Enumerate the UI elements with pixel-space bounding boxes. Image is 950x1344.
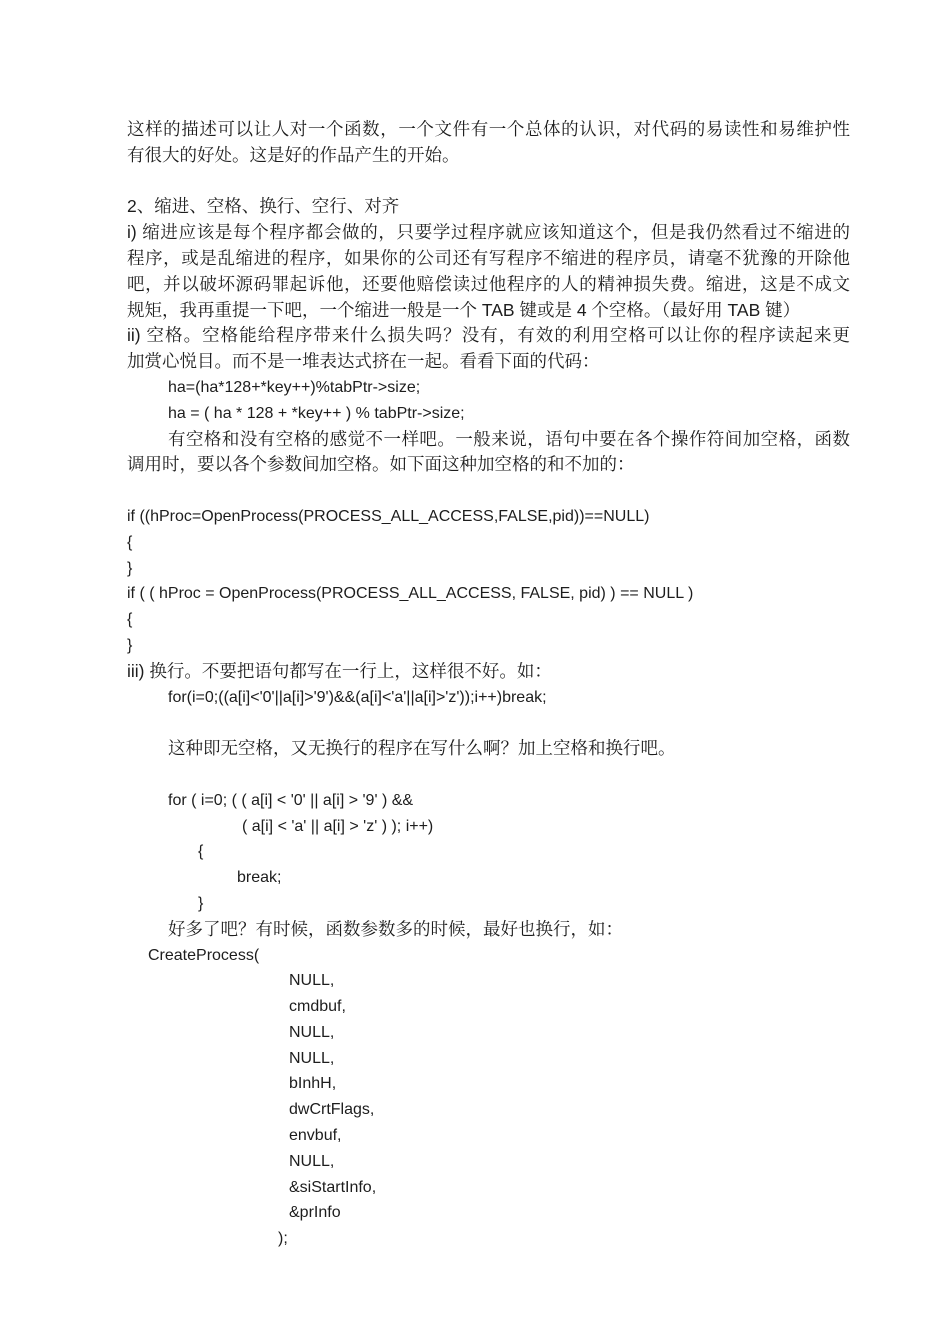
code-line: } <box>127 891 850 917</box>
text-line: 这种即无空格，又无换行的程序在写什么啊？加上空格和换行吧。 <box>127 736 850 762</box>
code-line: } <box>127 633 850 659</box>
code-line: bInhH, <box>127 1071 850 1097</box>
code-line: } <box>127 556 850 582</box>
document-page: 这样的描述可以让人对一个函数，一个文件有一个总体的认识，对代码的易读性和易维护性… <box>0 0 950 1344</box>
code-line: ha=(ha*128+*key++)%tabPtr->size; <box>127 375 850 401</box>
code-line: cmdbuf, <box>127 994 850 1020</box>
text-line: 规矩，我再重提一下吧，一个缩进一般是一个 TAB 键或是 4 个空格。（最好用 … <box>127 298 850 324</box>
code-line: break; <box>127 865 850 891</box>
code-line: ( a[i] < 'a' || a[i] > 'z' ) ); i++) <box>127 814 850 840</box>
code-line: { <box>127 839 850 865</box>
document-text-block: 这样的描述可以让人对一个函数，一个文件有一个总体的认识，对代码的易读性和易维护性… <box>127 117 850 1252</box>
section-heading: 2、缩进、空格、换行、空行、对齐 <box>127 194 850 220</box>
blank-line <box>127 710 850 736</box>
text-line: 加赏心悦目。而不是一堆表达式挤在一起。看看下面的代码： <box>127 349 850 375</box>
text-line: 吧，并以破坏源码罪起诉他，还要他赔偿读过他程序的人的精神损失费。缩进，这是不成文 <box>127 272 850 298</box>
code-line: ); <box>127 1226 850 1252</box>
text-line: 有空格和没有空格的感觉不一样吧。一般来说，语句中要在各个操作符间加空格，函数 <box>127 427 850 453</box>
text-line: 调用时，要以各个参数间加空格。如下面这种加空格的和不加的： <box>127 452 850 478</box>
code-line: dwCrtFlags, <box>127 1097 850 1123</box>
code-line: if ( ( hProc = OpenProcess(PROCESS_ALL_A… <box>127 581 850 607</box>
code-line: NULL, <box>127 1149 850 1175</box>
code-line: NULL, <box>127 1046 850 1072</box>
code-line: { <box>127 607 850 633</box>
blank-line <box>127 169 850 195</box>
blank-line <box>127 478 850 504</box>
text-line: 这样的描述可以让人对一个函数，一个文件有一个总体的认识，对代码的易读性和易维护性 <box>127 117 850 143</box>
code-line: NULL, <box>127 968 850 994</box>
code-line: CreateProcess( <box>127 943 850 969</box>
code-line: &siStartInfo, <box>127 1175 850 1201</box>
code-line: envbuf, <box>127 1123 850 1149</box>
code-line: ha = ( ha * 128 + *key++ ) % tabPtr->siz… <box>127 401 850 427</box>
code-line: for ( i=0; ( ( a[i] < '0' || a[i] > '9' … <box>127 788 850 814</box>
text-line: 有很大的好处。这是好的作品产生的开始。 <box>127 143 850 169</box>
text-line: 程序，或是乱缩进的程序，如果你的公司还有写程序不缩进的程序员，请毫不犹豫的开除他 <box>127 246 850 272</box>
blank-line <box>127 762 850 788</box>
text-line: 好多了吧？有时候，函数参数多的时候，最好也换行，如： <box>127 917 850 943</box>
text-line: i) 缩进应该是每个程序都会做的，只要学过程序就应该知道这个，但是我仍然看过不缩… <box>127 220 850 246</box>
text-line: ii) 空格。空格能给程序带来什么损失吗？没有，有效的利用空格可以让你的程序读起… <box>127 323 850 349</box>
code-line: for(i=0;((a[i]<'0'||a[i]>'9')&&(a[i]<'a'… <box>127 685 850 711</box>
code-line: &prInfo <box>127 1200 850 1226</box>
text-line: iii) 换行。不要把语句都写在一行上，这样很不好。如： <box>127 659 850 685</box>
code-line: { <box>127 530 850 556</box>
code-line: NULL, <box>127 1020 850 1046</box>
code-line: if ((hProc=OpenProcess(PROCESS_ALL_ACCES… <box>127 504 850 530</box>
